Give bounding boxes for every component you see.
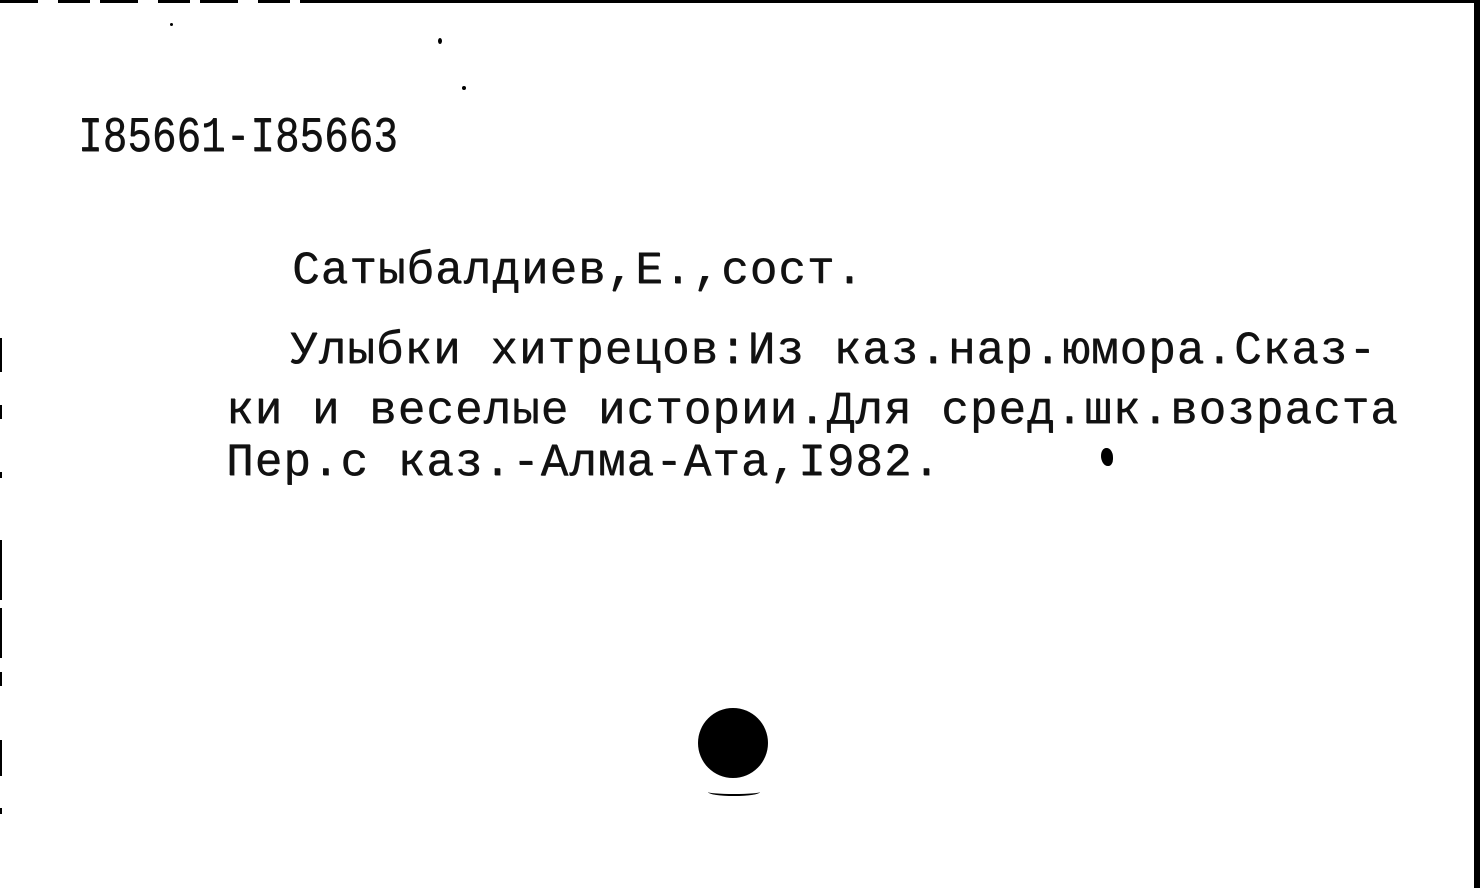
card-left-edge-segment — [0, 405, 2, 419]
card-left-edge-segment — [0, 608, 2, 658]
call-number: I85661-I85663 — [78, 110, 398, 167]
title-line: Улыбки хитрецов:Из каз.нар.юмора.Сказ- — [290, 325, 1377, 377]
title-line: Пер.с каз.-Алма-Ата,I982. — [226, 437, 941, 489]
card-left-edge-segment — [0, 808, 2, 814]
card-top-edge-solid — [310, 0, 1480, 3]
ink-speck-icon — [170, 23, 173, 26]
author-line: Сатыбалдиев,Е.,сост. — [292, 245, 864, 297]
card-left-edge-segment — [0, 540, 2, 600]
card-left-edge-segment — [0, 472, 2, 478]
card-left-edge-segment — [0, 740, 2, 776]
card-left-edge-segment — [0, 672, 2, 686]
ink-speck-icon — [462, 86, 466, 90]
punch-hole-icon — [698, 708, 768, 778]
ink-speck-icon — [438, 38, 442, 44]
punch-hole-ring — [708, 788, 760, 796]
card-right-edge — [1474, 0, 1480, 888]
card-left-edge-segment — [0, 338, 2, 372]
catalog-card: I85661-I85663 Сатыбалдиев,Е.,сост. Улыбк… — [0, 0, 1480, 888]
title-line: ки и веселые истории.Для сред.шк.возраст… — [226, 385, 1399, 437]
ink-blot-icon — [1101, 448, 1113, 466]
